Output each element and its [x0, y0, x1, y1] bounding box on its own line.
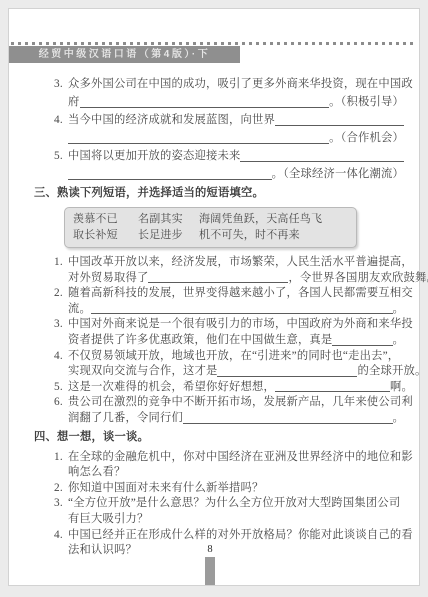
item-text: 。: [393, 333, 405, 349]
item-text: 你知道中国面对未来有什么新举措吗？: [68, 481, 263, 497]
exercise-item: 5.这是一次难得的机会，希望你好好想想，啊。: [54, 380, 404, 396]
phrase-option: 取长补短: [73, 228, 138, 244]
item-line: 对外贸易取得了，令世界各国朋友欢欣鼓舞。: [68, 271, 404, 287]
item-number: 3.: [54, 496, 68, 512]
item-body: 中国改革开放以来，经济发展，市场繁荣，人民生活水平普遍提高，对外贸易取得了，令世…: [68, 255, 404, 286]
item-number: 1.: [54, 450, 68, 466]
fill-in-blank: [68, 165, 272, 180]
item-number: 2.: [54, 286, 68, 302]
fill-in-blank: [68, 129, 329, 144]
item-line: 资者提供了许多优惠政策，他们在中国做生意，真是。: [68, 333, 404, 349]
item-text: 贵公司在激烈的竞争中不断开拓市场，发展新产品，几年来使公司利: [68, 395, 413, 411]
item-line: 府。（积极引导）: [68, 93, 404, 111]
item-text: 有巨大吸引力？: [68, 512, 148, 528]
item-text: 。（全球经济一体化潮流）: [272, 165, 404, 183]
item-text: 在全球的金融危机中，你对中国经济在亚洲及世界经济中的地位和影: [68, 450, 413, 466]
item-body: 你知道中国面对未来有什么新举措吗？: [68, 481, 404, 497]
exercise-item: 6.贵公司在激烈的竞争中不断开拓市场，发展新产品，几年来使公司利润翻了几番，令同…: [54, 395, 404, 426]
fill-in-blank: [148, 271, 288, 284]
item-number: 1.: [54, 255, 68, 271]
page-content: 3.众多外国公司在中国的成功，吸引了更多外商来华投资，现在中国政府。（积极引导）…: [9, 75, 419, 559]
item-text: 随着高新科技的发展，世界变得越来越小了，各国人民都需要互相交: [68, 286, 413, 302]
item-number: 5.: [54, 147, 68, 165]
item-line: 中国改革开放以来，经济发展，市场繁荣，人民生活水平普遍提高，: [68, 255, 404, 271]
item-body: 中国对外商来说是一个很有吸引力的市场，中国政府为外商和来华投资者提供了许多优惠政…: [68, 317, 404, 348]
item-line: 中国对外商来说是一个很有吸引力的市场，中国政府为外商和来华投: [68, 317, 404, 333]
phrase-row: 取长补短长足进步机不可失，时不再来: [73, 228, 348, 244]
item-body: 不仅贸易领域开放，地域也开放，在“引进来”的同时也“走出去”，实现双向交流与合作…: [68, 349, 404, 380]
item-text: 中国改革开放以来，经济发展，市场繁荣，人民生活水平普遍提高，: [68, 255, 413, 271]
item-line: 响怎么看？: [68, 465, 404, 481]
exercise-item: 2.你知道中国面对未来有什么新举措吗？: [54, 481, 404, 497]
phrase-row: 羡慕不已名副其实海阔凭鱼跃，天高任鸟飞: [73, 212, 348, 228]
item-line: 随着高新科技的发展，世界变得越来越小了，各国人民都需要互相交: [68, 286, 404, 302]
item-number: 3.: [54, 75, 68, 93]
item-number: 6.: [54, 395, 68, 411]
page-number-bar: [205, 557, 215, 585]
item-text: 。: [393, 302, 405, 318]
item-text: 当今中国的经济成就和发展蓝图，向世界: [68, 111, 275, 129]
item-text: 对外贸易取得了: [68, 271, 148, 287]
fill-in-blank: [217, 364, 357, 377]
section-three-items: 1.中国改革开放以来，经济发展，市场繁荣，人民生活水平普遍提高，对外贸易取得了，…: [54, 255, 404, 427]
phrase-option: 羡慕不已: [73, 212, 138, 228]
item-text: 这是一次难得的机会，希望你好好想想，: [68, 380, 275, 396]
phrase-option: 海阔凭鱼跃，天高任鸟飞: [199, 212, 322, 228]
item-number: 4.: [54, 111, 68, 129]
item-text: ，令世界各国朋友欢欣鼓舞。: [288, 271, 428, 287]
item-text: 中国已经并正在形成什么样的对外开放格局？你能对此谈谈自己的看: [68, 528, 413, 544]
item-line: 众多外国公司在中国的成功，吸引了更多外商来华投资，现在中国政: [68, 75, 404, 93]
fill-in-blank: [332, 333, 392, 346]
item-text: 法和认识吗？: [68, 543, 137, 559]
item-text: 流。: [68, 302, 91, 318]
item-line: 法和认识吗？: [68, 543, 404, 559]
item-line: 。（全球经济一体化潮流）: [68, 165, 404, 183]
item-body: 中国已经并正在形成什么样的对外开放格局？你能对此谈谈自己的看法和认识吗？: [68, 528, 404, 559]
exercise-item: 2.随着高新科技的发展，世界变得越来越小了，各国人民都需要互相交流。。: [54, 286, 404, 317]
item-text: 。: [393, 411, 405, 427]
item-text: 。（合作机会）: [329, 129, 404, 147]
book-title: 经贸中级汉语口语（第4版）·下: [39, 49, 210, 60]
textbook-page: 经贸中级汉语口语（第4版）·下 3.众多外国公司在中国的成功，吸引了更多外商来华…: [8, 8, 420, 586]
item-text: 实现双向交流与合作，这才是: [68, 364, 217, 380]
fill-in-blank: [91, 302, 393, 315]
item-text: 。（积极引导）: [329, 93, 404, 111]
exercise-item: 3.“全方位开放”是什么意思？为什么全方位开放对大型跨国集团公司有巨大吸引力？: [54, 496, 404, 527]
item-body: 随着高新科技的发展，世界变得越来越小了，各国人民都需要互相交流。。: [68, 286, 404, 317]
fill-in-blank: [275, 111, 404, 126]
item-text: “全方位开放”是什么意思？为什么全方位开放对大型跨国集团公司: [68, 496, 400, 512]
item-line: 你知道中国面对未来有什么新举措吗？: [68, 481, 404, 497]
phrase-option: 名副其实: [138, 212, 199, 228]
item-line: 。（合作机会）: [68, 129, 404, 147]
fill-in-blank: [183, 411, 393, 424]
exercise-item: 5.中国将以更加开放的姿态迎接未来。（全球经济一体化潮流）: [54, 147, 404, 183]
item-line: 实现双向交流与合作，这才是的全球开放。: [68, 364, 404, 380]
item-text: 的全球开放。: [357, 364, 426, 380]
item-body: 当今中国的经济成就和发展蓝图，向世界。（合作机会）: [68, 111, 404, 147]
fill-in-blank: [80, 93, 330, 108]
item-number: 5.: [54, 380, 68, 396]
exercise-item: 4.当今中国的经济成就和发展蓝图，向世界。（合作机会）: [54, 111, 404, 147]
phrase-option: 机不可失，时不再来: [199, 228, 300, 244]
item-text: 中国对外商来说是一个很有吸引力的市场，中国政府为外商和来华投: [68, 317, 413, 333]
item-text: 不仅贸易领域开放，地域也开放，在“引进来”的同时也“走出去”，: [68, 349, 399, 365]
item-line: 在全球的金融危机中，你对中国经济在亚洲及世界经济中的地位和影: [68, 450, 404, 466]
exercise-item: 4.中国已经并正在形成什么样的对外开放格局？你能对此谈谈自己的看法和认识吗？: [54, 528, 404, 559]
item-number: 4.: [54, 528, 68, 544]
item-number: 3.: [54, 317, 68, 333]
item-number: 2.: [54, 481, 68, 497]
item-line: 中国将以更加开放的姿态迎接未来: [68, 147, 404, 165]
exercise-item: 3.众多外国公司在中国的成功，吸引了更多外商来华投资，现在中国政府。（积极引导）: [54, 75, 404, 111]
phrase-option: 长足进步: [138, 228, 199, 244]
item-number: 4.: [54, 349, 68, 365]
phrase-choice-box: 羡慕不已名副其实海阔凭鱼跃，天高任鸟飞取长补短长足进步机不可失，时不再来: [64, 207, 357, 248]
item-line: “全方位开放”是什么意思？为什么全方位开放对大型跨国集团公司: [68, 496, 404, 512]
item-body: 众多外国公司在中国的成功，吸引了更多外商来华投资，现在中国政府。（积极引导）: [68, 75, 404, 111]
item-text: 润翻了几番，令同行们: [68, 411, 183, 427]
exercise-item: 1.中国改革开放以来，经济发展，市场繁荣，人民生活水平普遍提高，对外贸易取得了，…: [54, 255, 404, 286]
exercise-item: 3.中国对外商来说是一个很有吸引力的市场，中国政府为外商和来华投资者提供了许多优…: [54, 317, 404, 348]
section-three-heading: 三、熟读下列短语，并选择适当的短语填空。: [34, 185, 404, 202]
item-text: 资者提供了许多优惠政策，他们在中国做生意，真是: [68, 333, 332, 349]
item-text: 众多外国公司在中国的成功，吸引了更多外商来华投资，现在中国政: [68, 75, 413, 93]
item-line: 不仅贸易领域开放，地域也开放，在“引进来”的同时也“走出去”，: [68, 349, 404, 365]
fill-in-blank: [240, 147, 404, 162]
item-body: “全方位开放”是什么意思？为什么全方位开放对大型跨国集团公司有巨大吸引力？: [68, 496, 404, 527]
item-text: 中国将以更加开放的姿态迎接未来: [68, 147, 240, 165]
item-line: 中国已经并正在形成什么样的对外开放格局？你能对此谈谈自己的看: [68, 528, 404, 544]
exercise-two-fill-in-items: 3.众多外国公司在中国的成功，吸引了更多外商来华投资，现在中国政府。（积极引导）…: [54, 75, 404, 183]
item-line: 当今中国的经济成就和发展蓝图，向世界: [68, 111, 404, 129]
item-text: 啊。: [390, 380, 413, 396]
exercise-item: 4.不仅贸易领域开放，地域也开放，在“引进来”的同时也“走出去”，实现双向交流与…: [54, 349, 404, 380]
exercise-item: 1.在全球的金融危机中，你对中国经济在亚洲及世界经济中的地位和影响怎么看？: [54, 450, 404, 481]
item-body: 中国将以更加开放的姿态迎接未来。（全球经济一体化潮流）: [68, 147, 404, 183]
item-line: 贵公司在激烈的竞争中不断开拓市场，发展新产品，几年来使公司利: [68, 395, 404, 411]
item-line: 润翻了几番，令同行们。: [68, 411, 404, 427]
item-line: 这是一次难得的机会，希望你好好想想，啊。: [68, 380, 404, 396]
section-four-heading: 四、想一想，谈一谈。: [34, 429, 404, 446]
item-text: 府: [68, 93, 80, 111]
running-header-banner: 经贸中级汉语口语（第4版）·下: [9, 46, 240, 63]
section-four-items: 1.在全球的金融危机中，你对中国经济在亚洲及世界经济中的地位和影响怎么看？2.你…: [54, 450, 404, 559]
item-line: 流。。: [68, 302, 404, 318]
page-number: 8: [195, 544, 225, 555]
item-body: 贵公司在激烈的竞争中不断开拓市场，发展新产品，几年来使公司利润翻了几番，令同行们…: [68, 395, 404, 426]
header-dotted-rule: [11, 42, 417, 45]
item-body: 这是一次难得的机会，希望你好好想想，啊。: [68, 380, 404, 396]
item-body: 在全球的金融危机中，你对中国经济在亚洲及世界经济中的地位和影响怎么看？: [68, 450, 404, 481]
item-line: 有巨大吸引力？: [68, 512, 404, 528]
fill-in-blank: [275, 380, 390, 393]
item-text: 响怎么看？: [68, 465, 126, 481]
